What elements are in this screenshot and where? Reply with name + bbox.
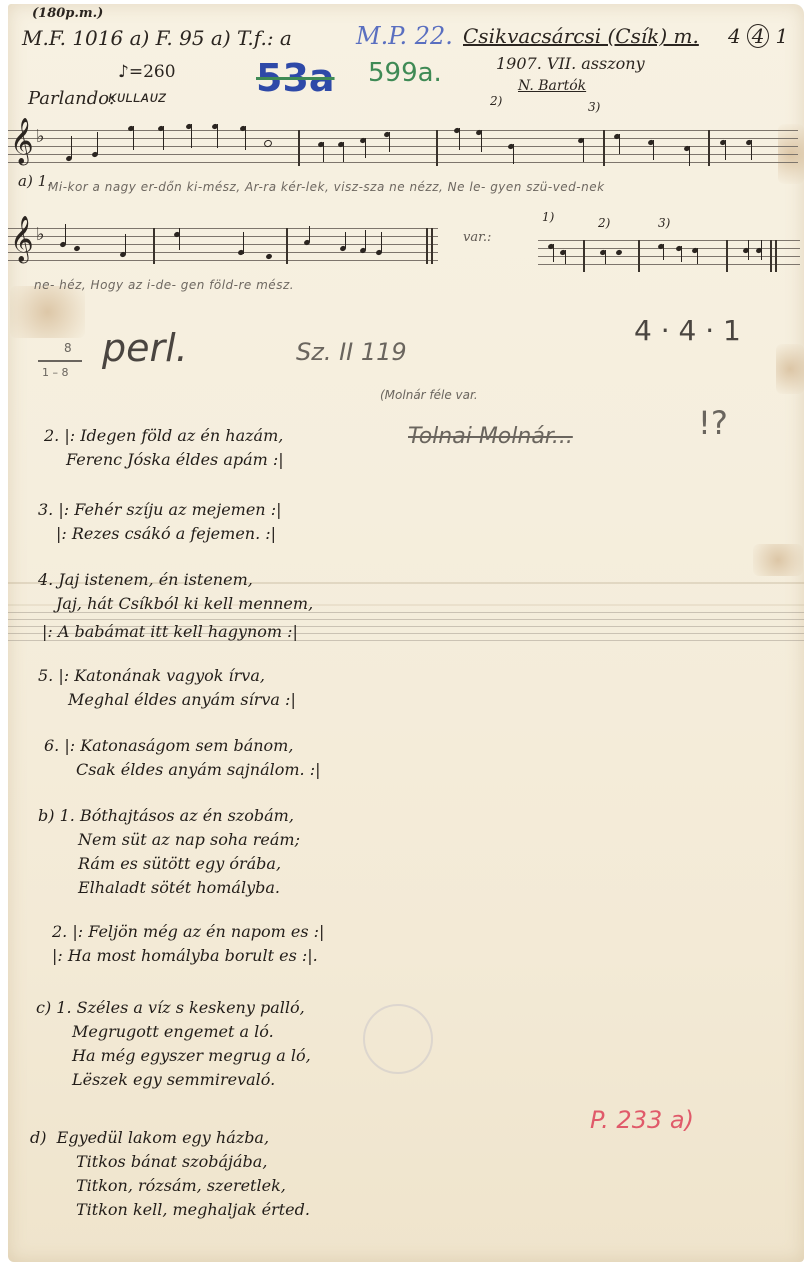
verse-line: Titkon kell, meghaljak érted. (30, 1198, 310, 1222)
verse-line: Bóthajtásos az én szobám, (80, 806, 294, 825)
pencil-note: (Molnár féle var. (380, 388, 478, 402)
mp-ref: M.P. 22. (356, 22, 453, 50)
verse-5: 5. |: Katonának vagyok írva, Meghal élde… (38, 664, 296, 712)
verse-6: 6. |: Katonaságom sem bánom, Csak éldes … (44, 734, 320, 782)
verse-line: Titkos bánat szobájába, (30, 1150, 310, 1174)
variant-label: var.: (463, 230, 491, 245)
verse-line: Csak éldes anyám sajnálom. :| (44, 758, 320, 782)
page-marks: 4 4 1 (728, 24, 788, 48)
verse-4: 4. Jaj istenem, én istenem, Jaj, hát Csí… (38, 568, 313, 644)
verse-line: Lëszek egy semmirevaló. (36, 1068, 311, 1092)
verse-label: 4. (38, 570, 53, 589)
verse-d: d) Egyedül lakom egy házba, Titkos bánat… (30, 1126, 310, 1222)
crossed-out-text: Tolnai Molnár... (408, 424, 573, 449)
flat-icon: ♭ (36, 224, 45, 245)
verse-line: Rám es sütött egy órába, (38, 852, 300, 876)
date-singer: 1907. VII. asszony (496, 54, 645, 73)
paper-stain (753, 544, 803, 576)
verse-label: 5. (38, 666, 53, 685)
verse-line: |: Katonának vagyok írva, (58, 666, 265, 685)
verse-label: b) 1. (38, 806, 75, 825)
flat-icon: ♭ (36, 126, 45, 147)
tempo: Parlando: (28, 88, 115, 109)
fraction-bar (38, 360, 82, 362)
verse-line: Széles a víz s keskeny palló, (77, 998, 305, 1017)
fraction-bottom: 1 – 8 (42, 366, 69, 379)
verse-line: |: Fehér szíju az mejemen :| (58, 500, 281, 519)
verse-line: Megrugott engemet a ló. (36, 1020, 311, 1044)
verse-line: |: Rezes csákó a fejemen. :| (38, 522, 281, 546)
variant-mark-2: 2) (598, 216, 610, 230)
verse-line: Nem süt az nap soha reám; (38, 828, 300, 852)
variant-mark-3: 3) (658, 216, 670, 230)
perl-note: perl. (102, 326, 188, 370)
paper-stain (776, 344, 804, 394)
music-staff-2: 𝄞 ♭ (8, 228, 438, 264)
verse-line: Jaj istenem, én istenem, (58, 570, 252, 589)
red-reference: P. 233 a) (590, 1106, 694, 1134)
collector: N. Bartók (518, 78, 586, 94)
manuscript-page: (180p.m.) M.F. 1016 a) F. 95 a) T.f.: a … (8, 4, 804, 1262)
verse-label: 6. (44, 736, 59, 755)
variant-mark-1: 1) (542, 210, 554, 224)
page-mark: 1 (775, 24, 788, 48)
scribble: ᴋᴜʟʟᴀᴜᴢ (108, 88, 166, 106)
verse-label: 2. (44, 426, 59, 445)
catalog-line: M.F. 1016 a) F. 95 a) T.f.: a (22, 26, 292, 50)
verse-line: Jaj, hát Csíkból ki kell mennem, (38, 592, 313, 616)
blue-number: 53a (256, 56, 335, 100)
paper-stain (10, 286, 85, 338)
verse-line: |: Idegen föld az én hazám, (64, 426, 283, 445)
verse-line: Ha még egyszer megrug a ló, (36, 1044, 311, 1068)
verse-line: |: A babámat itt kell hagynom :| (38, 620, 313, 644)
music-staff-1: 𝄞 ♭ (8, 130, 798, 166)
verse-2: 2. |: Idegen föld az én hazám, Ferenc Jó… (44, 424, 284, 472)
verse-line: Ferenc Jóska éldes apám :| (44, 448, 284, 472)
fraction-top: 8 (64, 341, 72, 355)
verse-b2: 2. |: Feljön még az én napom es :| |: Ha… (52, 920, 324, 968)
sz-reference: Sz. II 119 (296, 338, 407, 366)
treble-clef-icon: 𝄞 (10, 118, 34, 164)
verse-label: d) (30, 1128, 46, 1147)
system-1-lyrics: Mi-kor a nagy er-dőn ki-mész, Ar-ra kér-… (48, 180, 605, 194)
page-mark: 4 (728, 24, 741, 48)
archive-ref: (180p.m.) (32, 6, 103, 21)
verse-label: 3. (38, 500, 53, 519)
location: Csikvacsárcsi (Csík) m. (463, 24, 699, 48)
verse-line: Elhaladt sötét homályba. (38, 876, 300, 900)
verse-line: Titkon, rózsám, szeretlek, (30, 1174, 310, 1198)
verse-line: Meghal éldes anyám sírva :| (38, 688, 296, 712)
verse-b: b) 1. Bóthajtásos az én szobám, Nem süt … (38, 804, 300, 900)
verse-line: |: Katonaságom sem bánom, (64, 736, 293, 755)
verse-label: 2. (52, 922, 67, 941)
faded-stamp (363, 1004, 433, 1074)
verse-line: Egyedül lakom egy házba, (57, 1128, 269, 1147)
system-1-label: a) 1. (18, 172, 52, 190)
classification-number: 4 · 4 · 1 (634, 314, 741, 347)
verse-3: 3. |: Fehér szíju az mejemen :| |: Rezes… (38, 498, 281, 546)
metronome: ♪=260 (118, 62, 176, 82)
variant-mark: 3) (588, 100, 600, 114)
verse-line: |: Feljön még az én napom es :| (72, 922, 324, 941)
green-number: 599a. (368, 58, 442, 88)
system-2-lyrics: ne- héz, Hogy az i-de- gen föld-re mész. (34, 278, 294, 292)
verse-c: c) 1. Széles a víz s keskeny palló, Megr… (36, 996, 311, 1092)
variant-staff (538, 240, 800, 272)
exclamation-question: !? (698, 404, 728, 442)
verse-label: c) 1. (36, 998, 72, 1017)
treble-clef-icon: 𝄞 (10, 216, 34, 262)
page-mark-circled: 4 (747, 24, 769, 48)
variant-mark: 2) (490, 94, 502, 108)
verse-line: |: Ha most homályba borult es :|. (52, 944, 324, 968)
